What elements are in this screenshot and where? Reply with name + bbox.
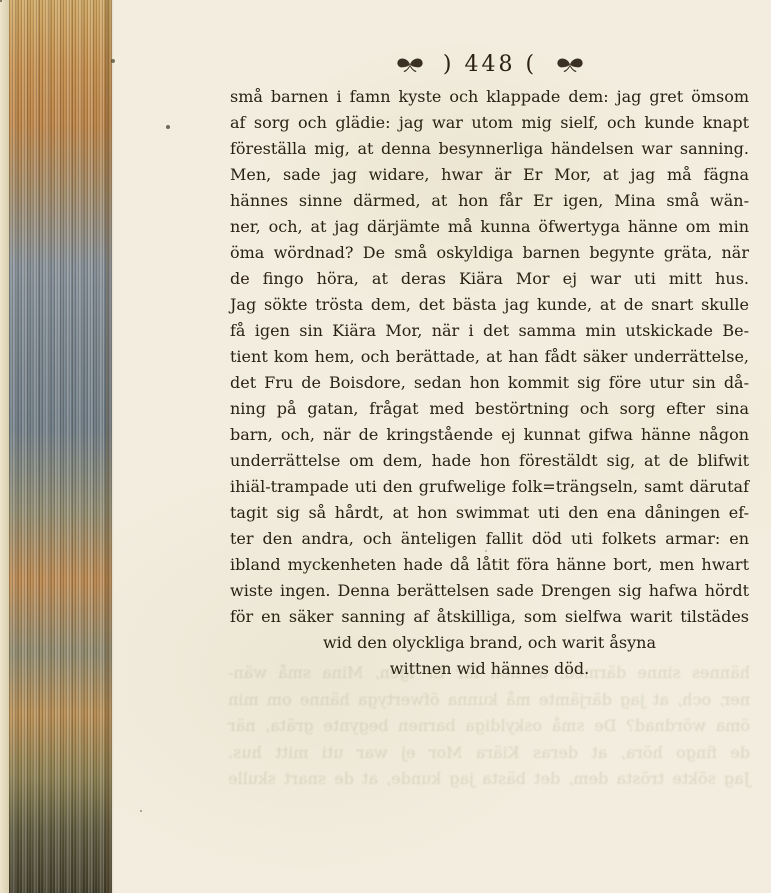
body-text: små barnen i famn kyste och klappade dem… <box>230 84 749 682</box>
page-number: ) 448 ( <box>443 52 537 77</box>
text-line: wid den olyckliga brand, och warit åsyna <box>230 630 749 656</box>
bleedthrough-line: ner, och, at jag därjämte må kunna öfwer… <box>228 687 750 714</box>
text-line: hännes sinne därmed, at hon får Er igen,… <box>230 188 749 214</box>
text-line: barn, och, när de kringstående ej kunnat… <box>230 422 749 448</box>
paper-specks <box>0 0 2 2</box>
text-line: ihiäl-trampade uti den grufwelige folk=t… <box>230 474 749 500</box>
text-line: de fingo höra, at deras Kiära Mor ej war… <box>230 266 749 292</box>
text-line: ibland myckenheten hade då låtit föra hä… <box>230 552 749 578</box>
text-line: ning på gatan, frågat med bestörtning oc… <box>230 396 749 422</box>
fleuron-ornament-right-icon <box>555 56 585 73</box>
text-line: få igen sin Kiära Mor, när i det samma m… <box>230 318 749 344</box>
text-line: ter den andra, och änteligen fallit död … <box>230 526 749 552</box>
text-line: underrättelse om dem, hade hon förestäld… <box>230 448 749 474</box>
text-line: det Fru de Boisdore, sedan hon kommit si… <box>230 370 749 396</box>
bleedthrough-line: Jag sökte trösta dem, det bästa jag kund… <box>228 766 750 793</box>
text-line: af sorg och glädie: jag war utom mig sie… <box>230 110 749 136</box>
fore-edge-page-shadow <box>106 0 114 893</box>
text-line: tagit sig så hårdt, at hon swimmat uti d… <box>230 500 749 526</box>
book-page-scan: ) 448 ( små barnen i famn kyste och klap… <box>0 0 771 893</box>
page-header: ) 448 ( <box>230 48 750 80</box>
text-line: för en säker sanning af åtskilliga, som … <box>230 604 749 630</box>
text-line: Men, sade jag widare, hwar är Er Mor, at… <box>230 162 749 188</box>
fleuron-ornament-left-icon <box>395 56 425 73</box>
text-line: öma wördnad? De små oskyldiga barnen beg… <box>230 240 749 266</box>
fore-edge-pale-strip <box>0 0 9 893</box>
book-fore-edge <box>0 0 112 893</box>
text-line: Jag sökte trösta dem, det bästa jag kund… <box>230 292 749 318</box>
bleedthrough-line: öma wördnad? De små oskyldiga barnen beg… <box>228 713 750 740</box>
text-line: wiste ingen. Denna berättelsen sade Dren… <box>230 578 749 604</box>
text-line: föreställa mig, at denna besynnerliga hä… <box>230 136 749 162</box>
text-line: ner, och, at jag därjämte må kunna öfwer… <box>230 214 749 240</box>
bleedthrough-line: de fingo höra, at deras Kiära Mor ej war… <box>228 740 750 767</box>
text-line: wittnen wid hännes död. <box>230 656 749 682</box>
text-line: tient kom hem, och berättade, at han fåd… <box>230 344 749 370</box>
text-line: små barnen i famn kyste och klappade dem… <box>230 84 749 110</box>
